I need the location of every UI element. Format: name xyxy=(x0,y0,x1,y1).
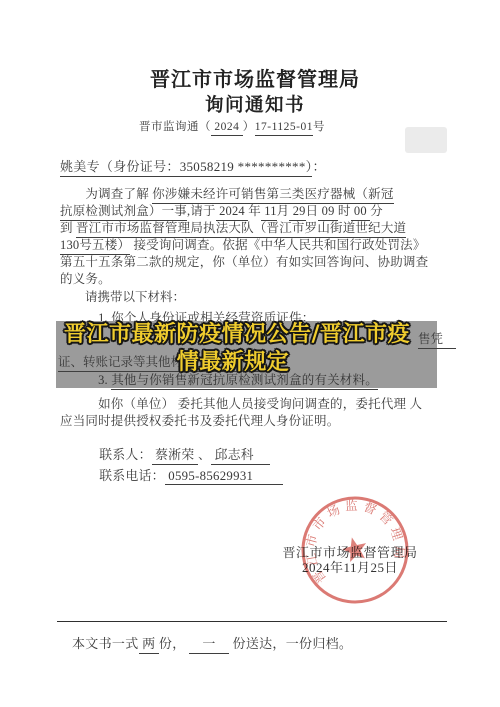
materials-intro: 请携带以下材料： xyxy=(60,287,185,305)
text-line: 联系人： 蔡淅荣 、 邱志科 xyxy=(60,444,283,465)
recipient-line: 姚美专（身份证号：35058219 **********）： xyxy=(60,156,326,175)
text-line: 到 晋江市市场监督管理局执法大队（晋江市罗山街道世纪大道 xyxy=(60,218,450,235)
issuing-authority-title: 晋江市市场监督管理局 xyxy=(10,63,500,92)
investigation-paragraph: 为调查了解 你涉嫌未经许可销售第三类医疗器械（新冠抗原检测试剂盒）一事,请于 2… xyxy=(60,184,450,286)
text-line: 如你（单位） 委托其他人员接受询问调查的，委托代理 人 xyxy=(60,394,450,411)
text-line: 晋市监询通（ 2024 ）17-1125-01号 xyxy=(0,118,464,134)
footer-copies-note: 本文书一式 两 份， 一 份送达，一份归档。 xyxy=(72,633,352,652)
seal-arc-text: 晋江市市场监督管理局 xyxy=(292,486,411,587)
footer-divider xyxy=(57,621,447,622)
seal-graphic: 晋江市市场监督管理局 xyxy=(276,471,434,629)
text-line: 应当同时提供授权委托书及委托代理人身份证明。 xyxy=(60,411,450,428)
watermark-overlay-line2: 情最新规定 xyxy=(0,350,466,376)
seal-star-icon xyxy=(340,534,370,563)
text-line: 联系电话： 0595-85629931 xyxy=(60,465,283,486)
text-line: 的义务。 xyxy=(60,269,450,286)
delegate-paragraph: 如你（单位） 委托其他人员接受询问调查的，委托代理 人应当同时提供授权委托书及委… xyxy=(60,394,450,428)
text-line: 抗原检测试剂盒）一事,请于 2024 年 11月 29日 09 时 00 分 xyxy=(60,201,450,218)
text-line: 第五十五条第二款的规定，你（单位）有如实回答询问、协助调查 xyxy=(60,252,450,269)
scan-smudge xyxy=(405,127,447,153)
watermark-overlay-line1: 晋江市最新防疫情况公告/晋江市疫 xyxy=(0,322,474,348)
document-number: 晋市监询通（ 2024 ）17-1125-01号 xyxy=(0,118,464,134)
text-line: 请携带以下材料： xyxy=(60,287,185,305)
official-red-seal: 晋江市市场监督管理局 xyxy=(276,471,434,629)
text-line: 姚美专（身份证号：35058219 **********）： xyxy=(60,156,326,175)
text-line: 本文书一式 两 份， 一 份送达，一份归档。 xyxy=(72,633,352,652)
text-line: 130号五楼） 接受询问调查。依据《中华人民共和国行政处罚法》 xyxy=(60,235,450,252)
document-type-title: 询问通知书 xyxy=(10,91,500,117)
text-line: 为调查了解 你涉嫌未经许可销售第三类医疗器械（新冠 xyxy=(60,184,450,201)
contact-info: 联系人： 蔡淅荣 、 邱志科 联系电话： 0595-85629931 xyxy=(60,444,283,485)
document-page: 晋江市市场监督管理局 询问通知书 晋市监询通（ 2024 ）17-1125-01… xyxy=(0,0,500,707)
